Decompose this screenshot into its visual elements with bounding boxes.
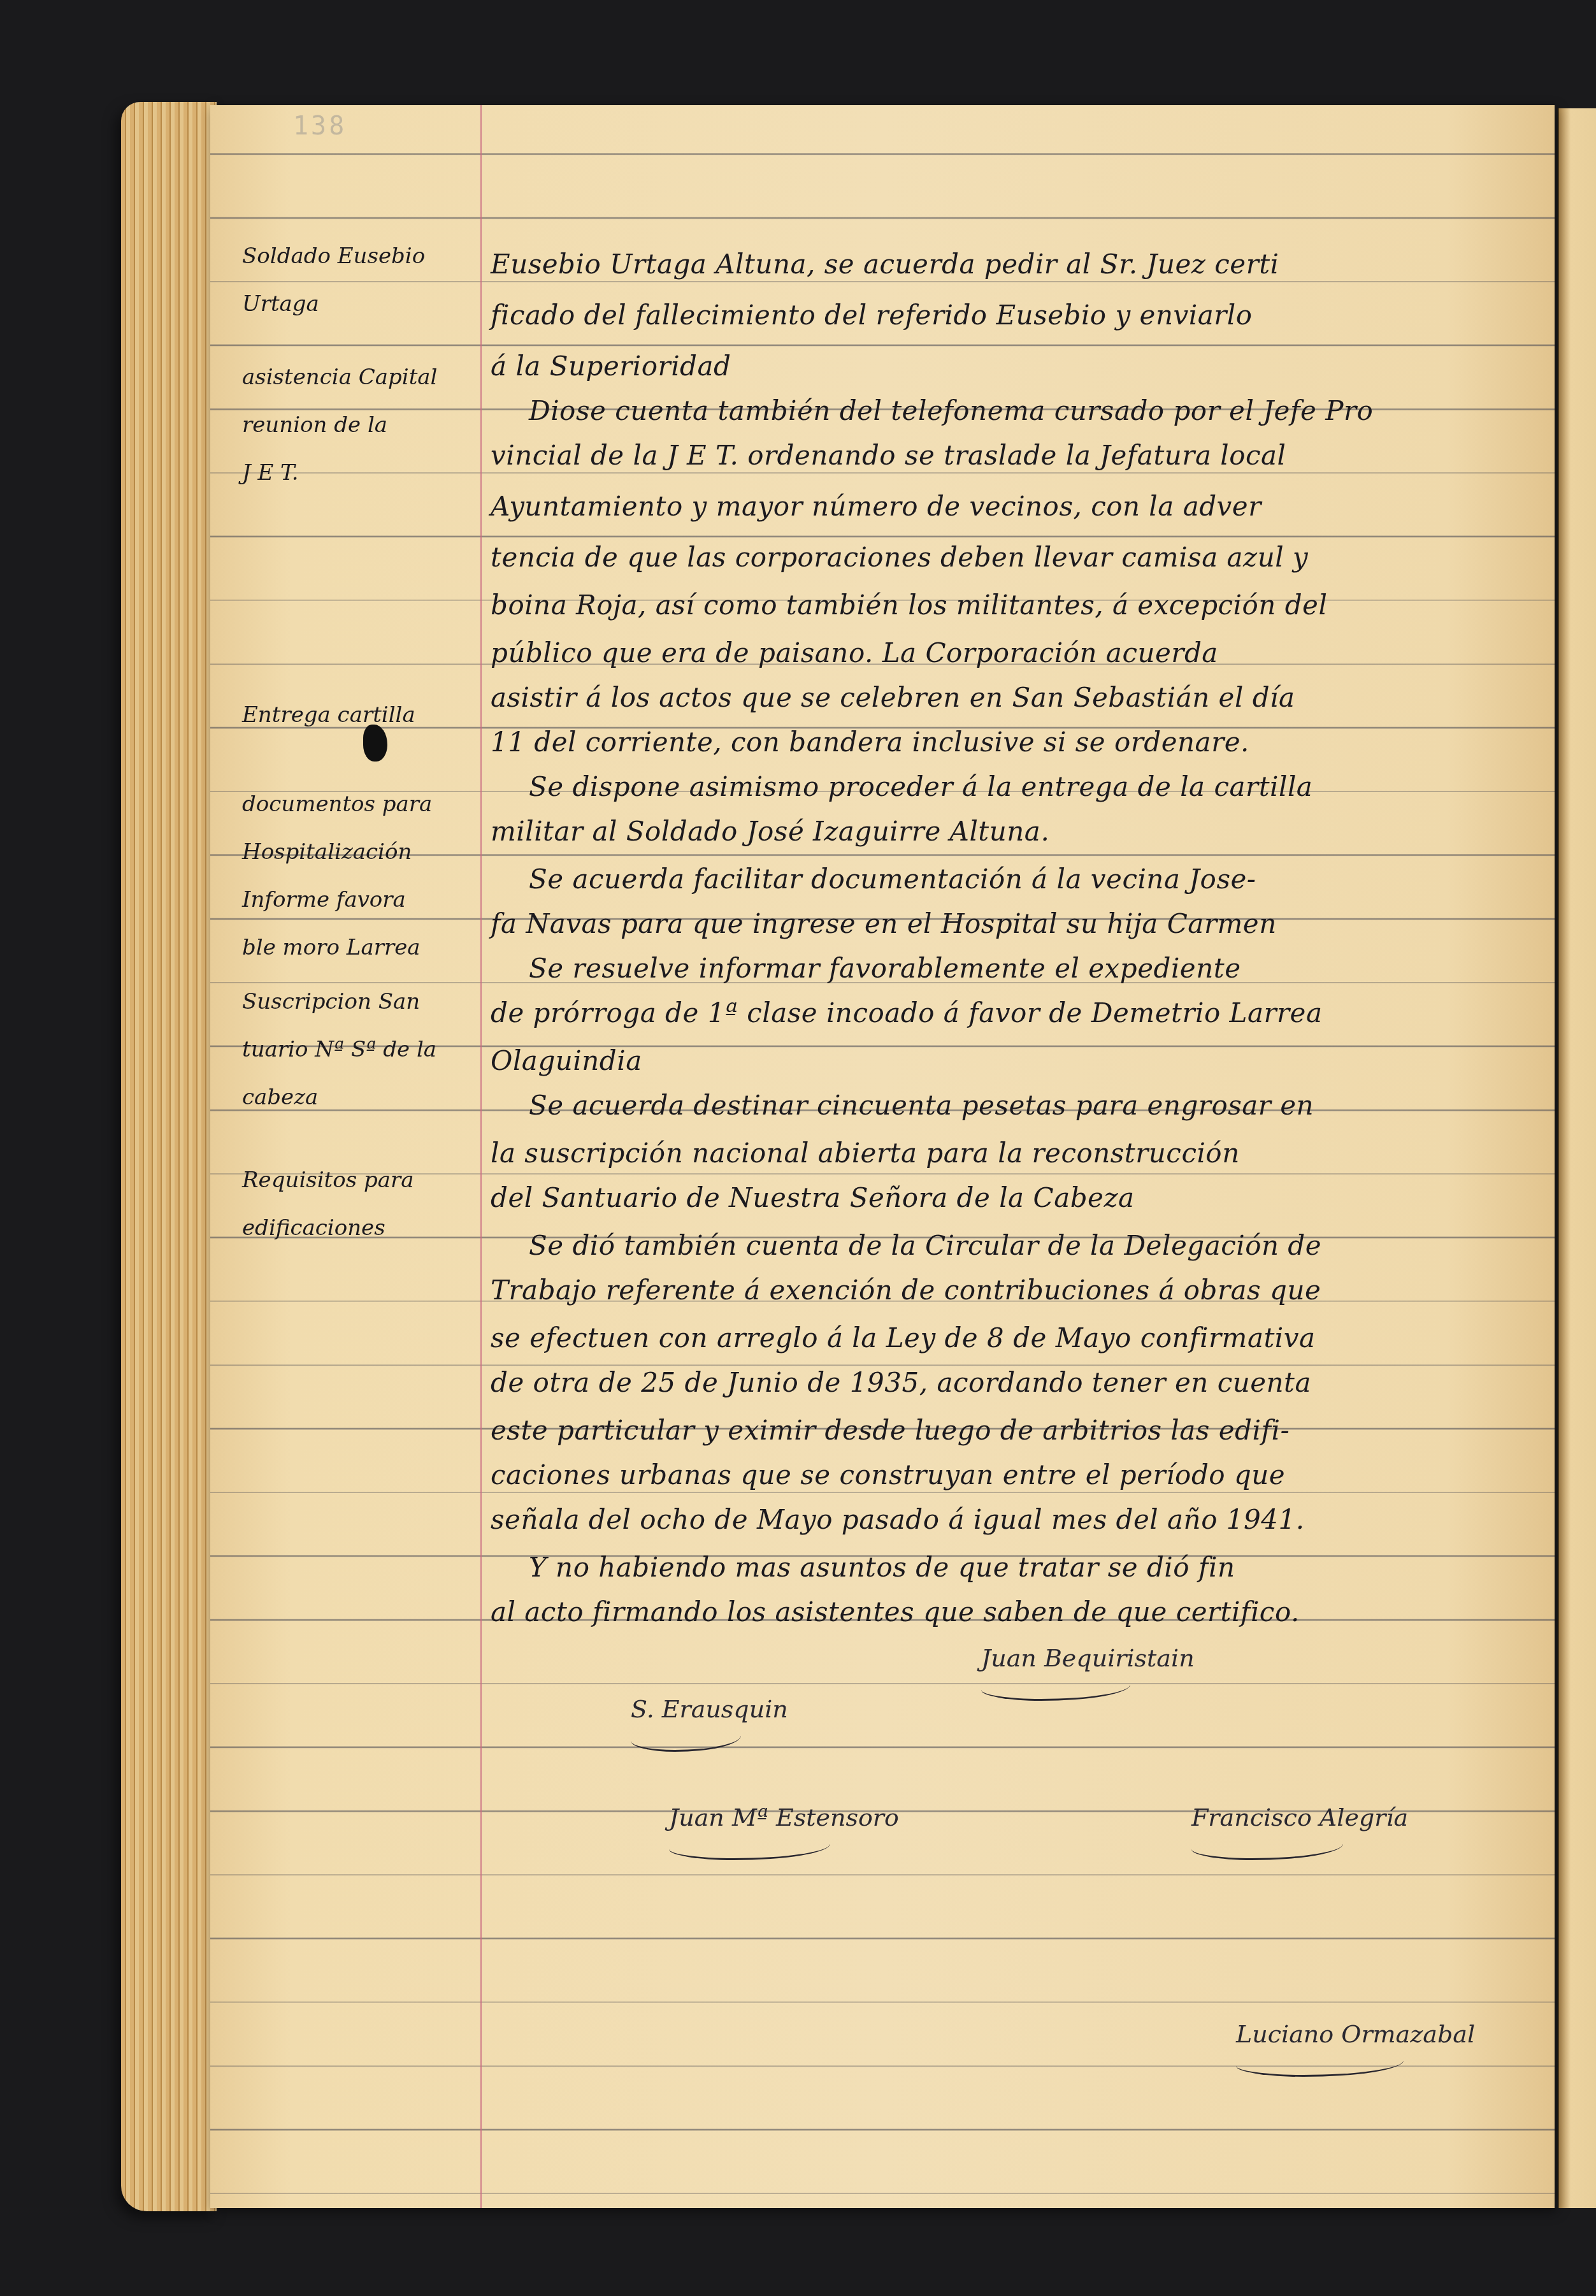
margin-note: asistencia Capitalreunion de laJ E T. (242, 354, 437, 497)
signature-name: Francisco Alegría (1191, 1803, 1408, 1831)
signature-flourish (1236, 2049, 1404, 2077)
margin-note-line: ble moro Larrea (242, 924, 432, 972)
margin-note: Entrega cartilla (242, 691, 415, 739)
margin-note-line: Entrega cartilla (242, 691, 415, 739)
page-number: 138 (293, 112, 347, 141)
signature: Francisco Alegría (1191, 1803, 1408, 1860)
margin-note-line: reunion de la (242, 401, 437, 449)
signature-flourish (1191, 1833, 1343, 1860)
margin-note-line: tuario Nª Sª de la (242, 1026, 436, 1074)
signature-flourish (631, 1724, 741, 1752)
margin-note: Requisitos paraedificaciones (242, 1157, 414, 1252)
minutes-line: al acto firmando los asistentes que sabe… (491, 1580, 1300, 1644)
margin-note-line: Informe favora (242, 876, 432, 924)
margin-note-line: edificaciones (242, 1204, 414, 1252)
margin-note-line: Urtaga (242, 280, 425, 328)
signature: Juan Mª Estensoro (669, 1803, 899, 1860)
margin-note-line: documentos para (242, 781, 432, 828)
margin-note-line: Suscripcion San (242, 978, 436, 1026)
book-page-edges (121, 102, 217, 2211)
margin-note-line: Soldado Eusebio (242, 233, 425, 280)
signature-name: Juan Mª Estensoro (669, 1803, 899, 1831)
margin-note-line: Requisitos para (242, 1157, 414, 1204)
signature-name: S. Erausquin (631, 1695, 788, 1723)
signature: Juan Bequiristain (981, 1644, 1195, 1701)
margin-note: documentos paraHospitalizaciónInforme fa… (242, 781, 432, 972)
margin-note-line: cabeza (242, 1074, 436, 1122)
margin-note-line: Hospitalización (242, 828, 432, 876)
signature-flourish (981, 1673, 1130, 1701)
margin-rule (480, 105, 482, 2208)
signature: Luciano Ormazabal (1236, 2020, 1475, 2077)
margin-note-line: asistencia Capital (242, 354, 437, 401)
signature: S. Erausquin (631, 1695, 788, 1752)
signature-flourish (669, 1833, 830, 1860)
margin-note: Suscripcion Santuario Nª Sª de lacabeza (242, 978, 436, 1122)
next-page-edge (1558, 108, 1596, 2208)
ledger-page: 138 Soldado EusebioUrtagaasistencia Capi… (210, 105, 1555, 2208)
signature-name: Luciano Ormazabal (1236, 2020, 1475, 2048)
margin-note: Soldado EusebioUrtaga (242, 233, 425, 328)
margin-note-line: J E T. (242, 449, 437, 497)
signature-name: Juan Bequiristain (981, 1644, 1195, 1672)
